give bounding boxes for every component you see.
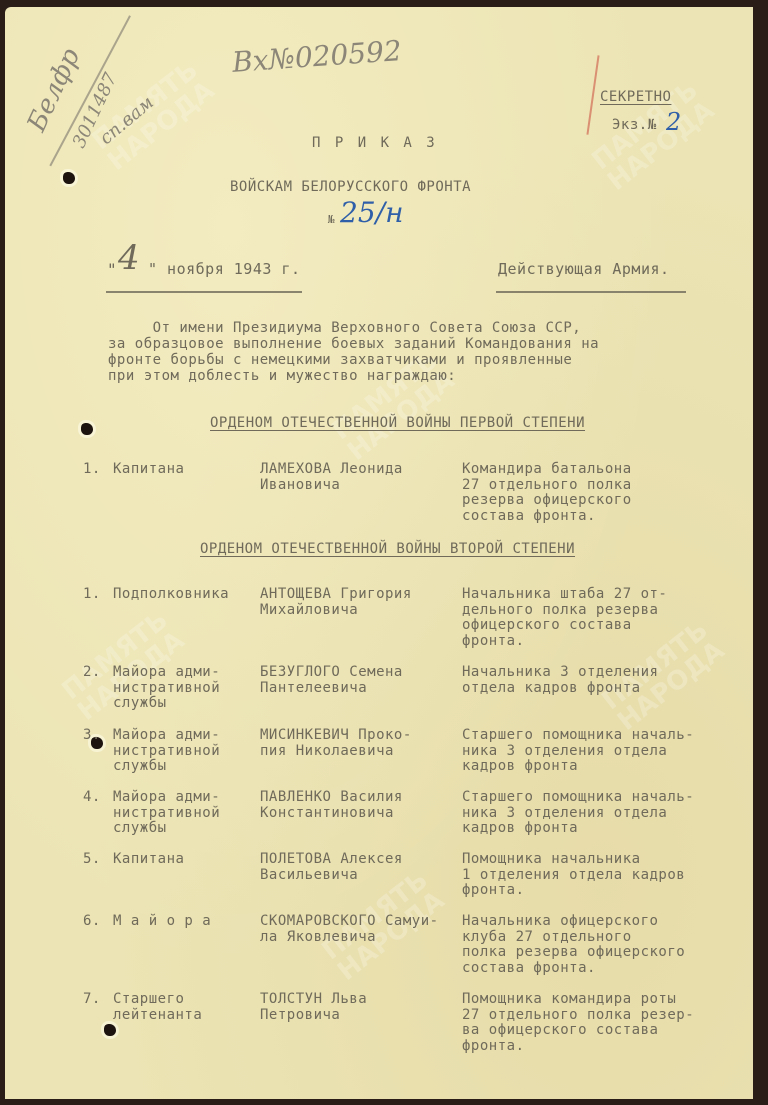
awardee-rank: службы	[113, 696, 167, 712]
awardee-position: Старшего помощника началь-	[462, 728, 694, 744]
awardee-number: 1.	[83, 587, 101, 603]
order-number: 25/н	[340, 196, 404, 229]
awardee-position: кадров фронта	[462, 821, 578, 837]
awardee-number: 7.	[83, 992, 101, 1008]
awardee-name: СКОМАРОВСКОГО Самуи-	[260, 914, 439, 930]
awardee-position: дельного полка резерва	[462, 603, 658, 619]
date-text: " ноября 1943 г.	[148, 262, 301, 278]
awardee-number: 2.	[83, 665, 101, 681]
section-heading: ОРДЕНОМ ОТЕЧЕСТВЕННОЙ ВОЙНЫ ПЕРВОЙ СТЕПЕ…	[210, 416, 585, 432]
awardee-position: Начальника штаба 27 от-	[462, 587, 667, 603]
awardee-number: 4.	[83, 790, 101, 806]
order-number-prefix: №	[328, 212, 335, 228]
awardee-rank: М а й о р а	[113, 914, 211, 930]
date-day: 4	[118, 238, 140, 278]
punch-hole	[63, 172, 75, 184]
awardee-rank: Майора адми-	[113, 790, 220, 806]
awardee-number: 5.	[83, 852, 101, 868]
punch-hole	[81, 423, 93, 435]
location: Действующая Армия.	[498, 262, 670, 278]
awardee-position: офицерского состава	[462, 618, 632, 634]
awardee-position: 27 отдельного полка	[462, 478, 632, 494]
awardee-position: 1 отделения отдела кадров	[462, 868, 685, 884]
awardee-position: ника 3 отделения отдела	[462, 744, 667, 760]
awardee-position: фронта.	[462, 1039, 525, 1055]
awardee-position: состава фронта.	[462, 961, 596, 977]
awardee-name: ТОЛСТУН Льва	[260, 992, 367, 1008]
awardee-number: 6.	[83, 914, 101, 930]
awardee-position: фронта.	[462, 634, 525, 650]
awardee-name: Петровича	[260, 1008, 340, 1024]
preamble-line: фронте борьбы с немецкими захватчиками и…	[108, 353, 572, 369]
section-heading: ОРДЕНОМ ОТЕЧЕСТВЕННОЙ ВОЙНЫ ВТОРОЙ СТЕПЕ…	[200, 542, 575, 558]
awardee-number: 3.	[83, 728, 101, 744]
awardee-position: Старшего помощника началь-	[462, 790, 694, 806]
copy-number: 2	[666, 108, 681, 136]
awardee-position: отдела кадров фронта	[462, 681, 641, 697]
preamble-line: при этом доблесть и мужество награждаю:	[108, 369, 456, 385]
awardee-position: полка резерва офицерского	[462, 945, 685, 961]
awardee-position: клуба 27 отдельного	[462, 930, 632, 946]
awardee-name: ла Яковлевича	[260, 930, 376, 946]
awardee-rank: лейтенанта	[113, 1008, 202, 1024]
document-subtitle: ВОЙСКАМ БЕЛОРУССКОГО ФРОНТА	[230, 180, 471, 196]
awardee-name: Васильевича	[260, 868, 358, 884]
awardee-position: ва офицерского состава	[462, 1023, 658, 1039]
awardee-position: состава фронта.	[462, 509, 596, 525]
awardee-name: Ивановича	[260, 478, 340, 494]
awardee-rank: Старшего	[113, 992, 184, 1008]
classification-label: СЕКРЕТНО	[600, 90, 671, 106]
awardee-name: МИСИНКЕВИЧ Проко-	[260, 728, 412, 744]
awardee-position: ника 3 отделения отдела	[462, 806, 667, 822]
preamble-line: От имени Президиума Верховного Совета Со…	[108, 321, 581, 337]
awardee-rank: нистративной	[113, 744, 220, 760]
awardee-rank: нистративной	[113, 806, 220, 822]
awardee-name: ПАВЛЕНКО Василия	[260, 790, 403, 806]
copy-label: Экз.№	[612, 118, 657, 134]
awardee-rank: Капитана	[113, 462, 184, 478]
awardee-position: фронта.	[462, 883, 525, 899]
awardee-position: Помощника командира роты	[462, 992, 676, 1008]
awardee-name: Михайловича	[260, 603, 358, 619]
awardee-position: Помощника начальника	[462, 852, 641, 868]
awardee-name: пия Николаевича	[260, 744, 394, 760]
awardee-position: Начальника офицерского	[462, 914, 658, 930]
awardee-name: ПОЛЕТОВА Алексея	[260, 852, 403, 868]
awardee-number: 1.	[83, 462, 101, 478]
awardee-name: Константиновича	[260, 806, 394, 822]
awardee-name: ЛАМЕХОВА Леонида	[260, 462, 403, 478]
awardee-rank: нистративной	[113, 681, 220, 697]
awardee-rank: Майора адми-	[113, 665, 220, 681]
awardee-position: 27 отдельного полка резер-	[462, 1008, 694, 1024]
awardee-name: БЕЗУГЛОГО Семена	[260, 665, 403, 681]
awardee-rank: Подполковника	[113, 587, 229, 603]
divider	[496, 291, 686, 293]
awardee-position: Командира батальона	[462, 462, 632, 478]
awardee-rank: службы	[113, 759, 167, 775]
date-open-quote: "	[107, 262, 117, 278]
awardee-rank: Капитана	[113, 852, 184, 868]
awardee-rank: службы	[113, 821, 167, 837]
awardee-rank: Майора адми-	[113, 728, 220, 744]
awardee-name: Пантелеевича	[260, 681, 367, 697]
divider	[106, 291, 302, 293]
preamble-line: за образцовое выполнение боевых заданий …	[108, 337, 599, 353]
awardee-position: кадров фронта	[462, 759, 578, 775]
document-title: П Р И К А З	[312, 136, 438, 152]
punch-hole	[104, 1024, 116, 1036]
awardee-position: резерва офицерского	[462, 493, 632, 509]
awardee-position: Начальника 3 отделения	[462, 665, 658, 681]
awardee-name: АНТОЩЕВА Григория	[260, 587, 412, 603]
